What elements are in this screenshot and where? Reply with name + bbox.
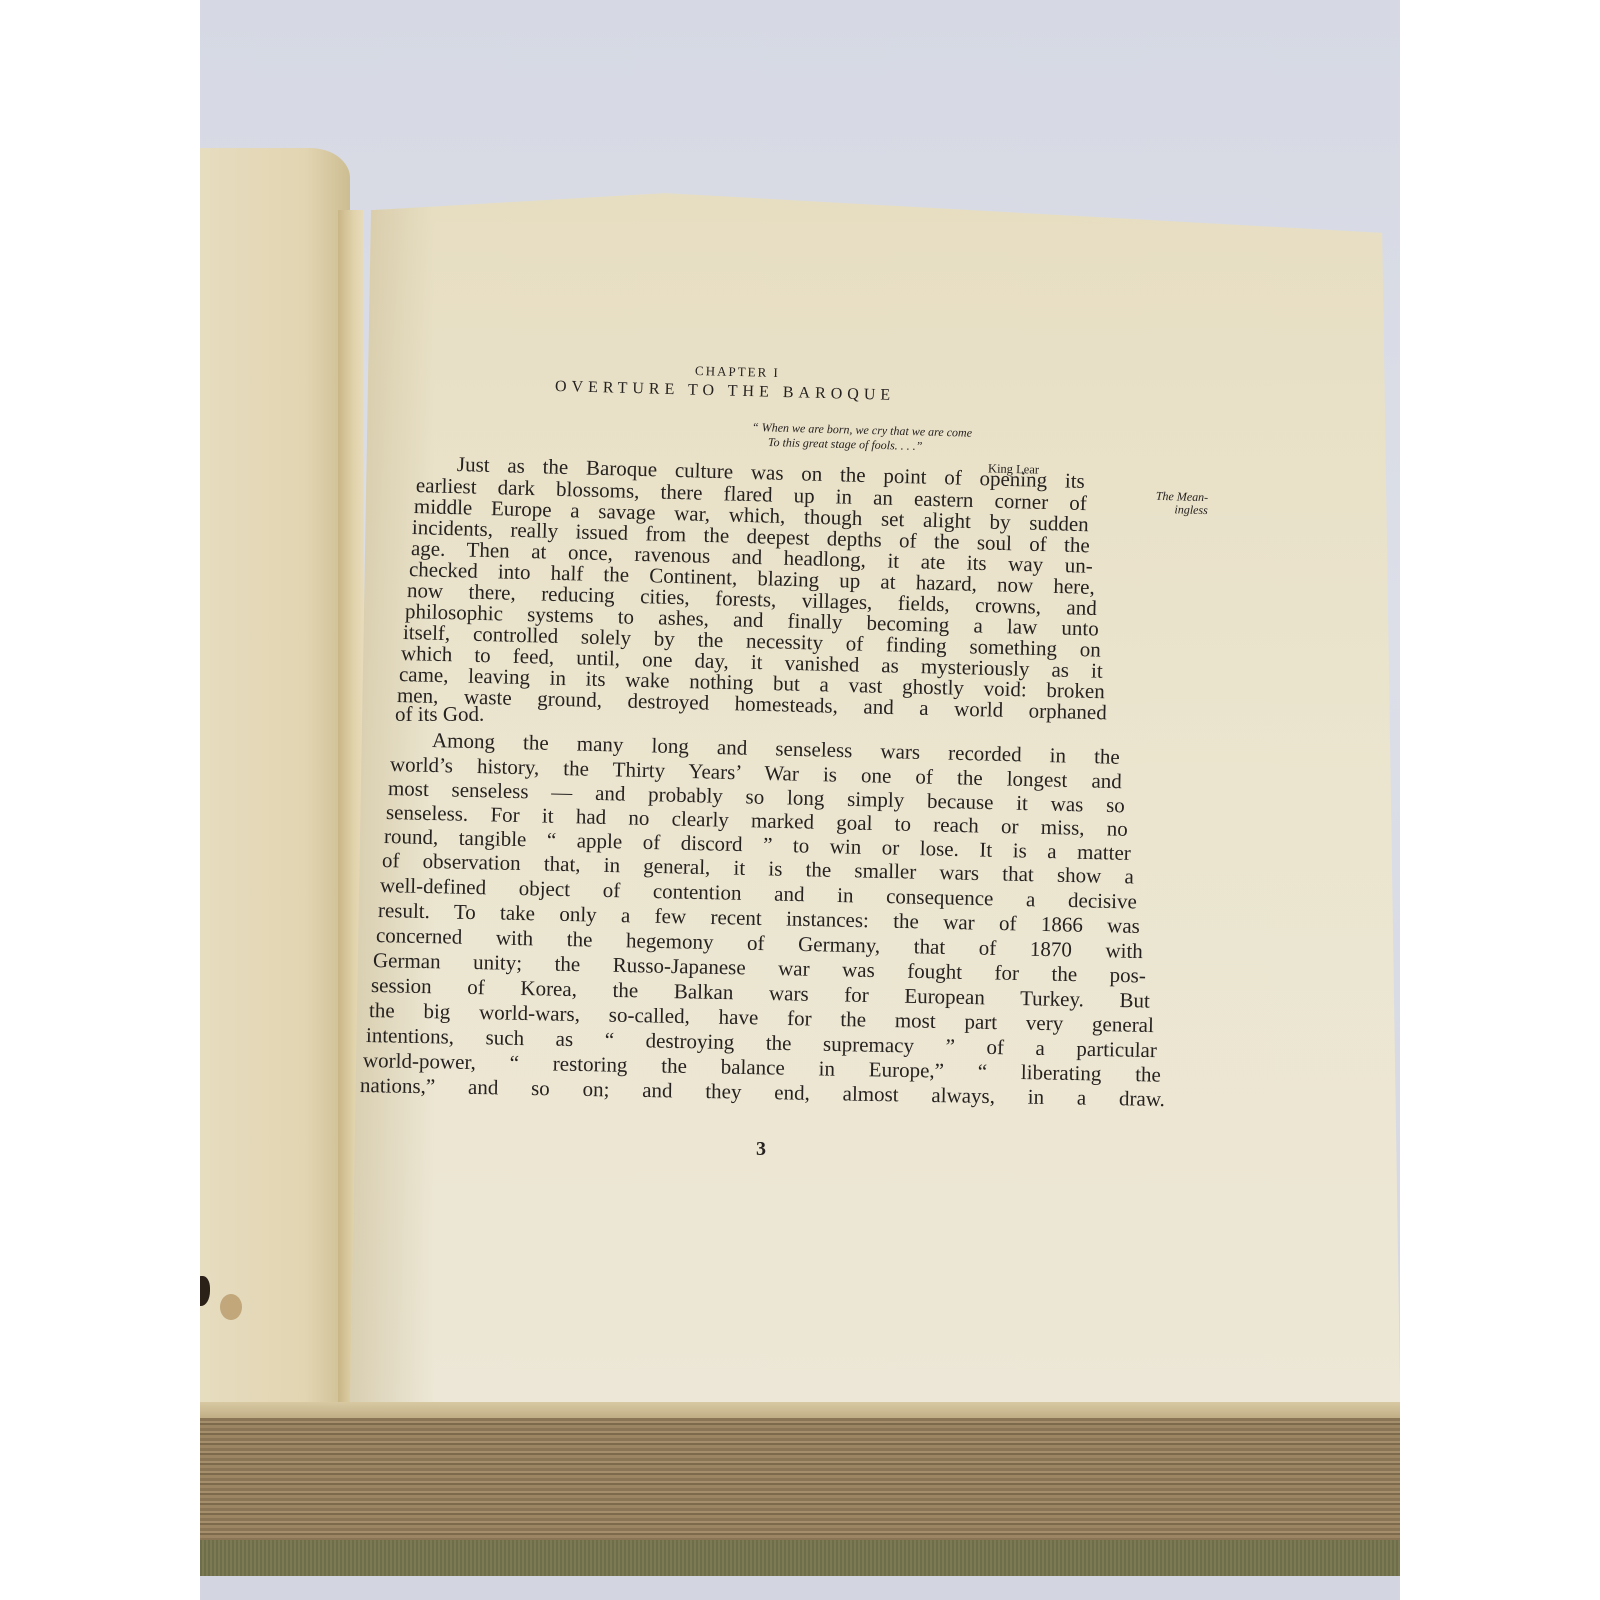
text-line: of its God.: [395, 702, 484, 726]
page-text: CHAPTER I OVERTURE TO THE BAROQUE “ When…: [200, 0, 1400, 1600]
chapter-label: CHAPTER I: [695, 363, 780, 381]
chapter-title: OVERTURE TO THE BAROQUE: [555, 378, 896, 405]
margin-note-line: ingless: [1118, 502, 1208, 517]
margin-note: The Mean- ingless: [1118, 489, 1209, 517]
epigraph-line: To this great stage of fools. . . .”: [768, 435, 923, 454]
page-number: 3: [756, 1138, 766, 1161]
book-photo: CHAPTER I OVERTURE TO THE BAROQUE “ When…: [200, 0, 1400, 1600]
